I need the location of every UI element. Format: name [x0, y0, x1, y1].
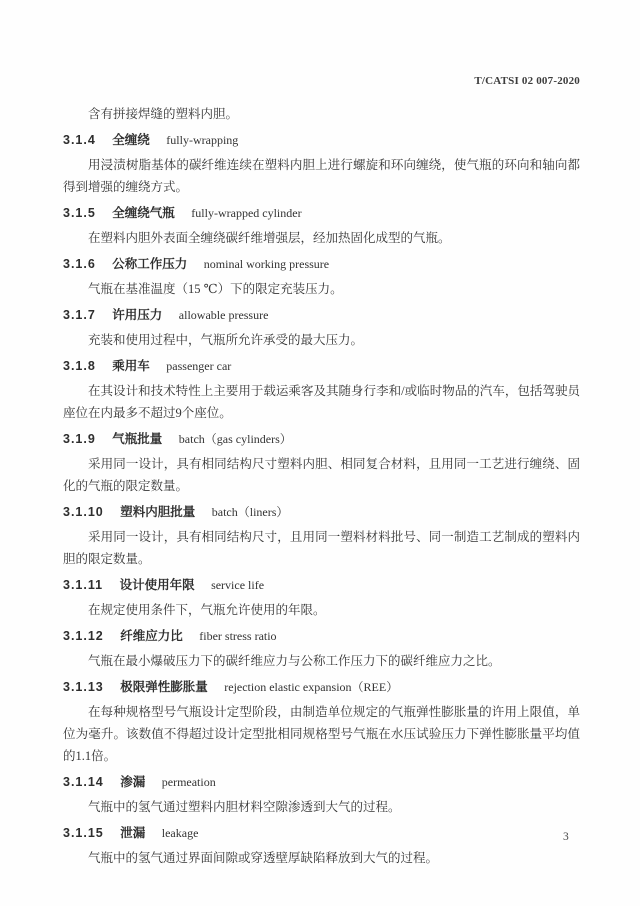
- term-heading: 3.1.5 全缠绕气瓶 fully-wrapped cylinder: [63, 202, 580, 224]
- term-3-1-7: 3.1.7 许用压力 allowable pressure 充装和使用过程中，气…: [63, 304, 580, 351]
- term-3-1-5: 3.1.5 全缠绕气瓶 fully-wrapped cylinder 在塑料内胆…: [63, 202, 580, 249]
- term-en: permeation: [162, 775, 216, 789]
- term-zh: 设计使用年限: [120, 578, 195, 592]
- term-heading: 3.1.6 公称工作压力 nominal working pressure: [63, 253, 580, 275]
- intro-continuation-paragraph: 含有拼接焊缝的塑料内胆。: [63, 103, 580, 125]
- term-en: nominal working pressure: [204, 257, 329, 271]
- term-definition: 在每种规格型号气瓶设计定型阶段，由制造单位规定的气瓶弹性膨胀量的许用上限值，单位…: [63, 701, 580, 767]
- term-number: 3.1.13: [63, 680, 104, 694]
- term-number: 3.1.11: [63, 578, 103, 592]
- term-3-1-6: 3.1.6 公称工作压力 nominal working pressure 气瓶…: [63, 253, 580, 300]
- page-number: 3: [563, 831, 569, 843]
- term-number: 3.1.14: [63, 775, 104, 789]
- document-page: T/CATSI 02 007-2020 含有拼接焊缝的塑料内胆。 3.1.4 全…: [0, 0, 640, 906]
- term-number: 3.1.6: [63, 257, 96, 271]
- term-3-1-14: 3.1.14 渗漏 permeation 气瓶中的氢气通过塑料内胆材料空隙渗透到…: [63, 771, 580, 818]
- term-definition: 充装和使用过程中，气瓶所允许承受的最大压力。: [63, 329, 580, 351]
- term-zh: 纤维应力比: [120, 629, 183, 643]
- term-definition: 用浸渍树脂基体的碳纤维连续在塑料内胆上进行螺旋和环向缠绕，使气瓶的环向和轴向都得…: [63, 154, 580, 198]
- term-heading: 3.1.7 许用压力 allowable pressure: [63, 304, 580, 326]
- term-definition: 气瓶中的氢气通过界面间隙或穿透壁厚缺陷释放到大气的过程。: [63, 847, 580, 869]
- term-zh: 极限弹性膨胀量: [120, 680, 208, 694]
- term-en: fully-wrapped cylinder: [191, 206, 301, 220]
- term-zh: 全缠绕气瓶: [112, 206, 175, 220]
- term-zh: 泄漏: [120, 826, 145, 840]
- term-3-1-4: 3.1.4 全缠绕 fully-wrapping 用浸渍树脂基体的碳纤维连续在塑…: [63, 129, 580, 198]
- term-zh: 乘用车: [112, 359, 150, 373]
- term-zh: 塑料内胆批量: [120, 505, 195, 519]
- term-heading: 3.1.15 泄漏 leakage: [63, 822, 580, 844]
- term-en: passenger car: [166, 359, 231, 373]
- document-reference: T/CATSI 02 007-2020: [63, 74, 580, 88]
- term-en: fully-wrapping: [166, 133, 238, 147]
- term-heading: 3.1.10 塑料内胆批量 batch（liners）: [63, 501, 580, 523]
- term-heading: 3.1.14 渗漏 permeation: [63, 771, 580, 793]
- term-heading: 3.1.9 气瓶批量 batch（gas cylinders）: [63, 428, 580, 450]
- term-3-1-13: 3.1.13 极限弹性膨胀量 rejection elastic expansi…: [63, 676, 580, 767]
- term-3-1-9: 3.1.9 气瓶批量 batch（gas cylinders） 采用同一设计，具…: [63, 428, 580, 497]
- term-en: batch（gas cylinders）: [179, 432, 292, 446]
- term-heading: 3.1.12 纤维应力比 fiber stress ratio: [63, 625, 580, 647]
- term-heading: 3.1.8 乘用车 passenger car: [63, 355, 580, 377]
- term-zh: 渗漏: [120, 775, 145, 789]
- term-definition: 气瓶在最小爆破压力下的碳纤维应力与公称工作压力下的碳纤维应力之比。: [63, 650, 580, 672]
- term-heading: 3.1.4 全缠绕 fully-wrapping: [63, 129, 580, 151]
- term-number: 3.1.7: [63, 308, 96, 322]
- term-zh: 许用压力: [112, 308, 162, 322]
- term-en: fiber stress ratio: [199, 629, 276, 643]
- term-number: 3.1.12: [63, 629, 104, 643]
- term-definition: 采用同一设计，具有相同结构尺寸，且用同一塑料材料批号、同一制造工艺制成的塑料内胆…: [63, 526, 580, 570]
- term-number: 3.1.5: [63, 206, 96, 220]
- term-en: allowable pressure: [179, 308, 269, 322]
- term-en: service life: [211, 578, 264, 592]
- term-3-1-8: 3.1.8 乘用车 passenger car 在其设计和技术特性上主要用于载运…: [63, 355, 580, 424]
- term-number: 3.1.15: [63, 826, 104, 840]
- term-3-1-12: 3.1.12 纤维应力比 fiber stress ratio 气瓶在最小爆破压…: [63, 625, 580, 672]
- term-en: leakage: [162, 826, 199, 840]
- term-number: 3.1.9: [63, 432, 96, 446]
- term-zh: 气瓶批量: [112, 432, 162, 446]
- term-definition: 气瓶中的氢气通过塑料内胆材料空隙渗透到大气的过程。: [63, 796, 580, 818]
- term-definition: 在规定使用条件下，气瓶允许使用的年限。: [63, 599, 580, 621]
- term-zh: 全缠绕: [112, 133, 150, 147]
- term-number: 3.1.10: [63, 505, 104, 519]
- term-3-1-10: 3.1.10 塑料内胆批量 batch（liners） 采用同一设计，具有相同结…: [63, 501, 580, 570]
- term-3-1-15: 3.1.15 泄漏 leakage 气瓶中的氢气通过界面间隙或穿透壁厚缺陷释放到…: [63, 822, 580, 869]
- term-number: 3.1.4: [63, 133, 96, 147]
- term-definition: 采用同一设计，具有相同结构尺寸塑料内胆、相同复合材料，且用同一工艺进行缠绕、固化…: [63, 453, 580, 497]
- term-definition: 在塑料内胆外表面全缠绕碳纤维增强层，经加热固化成型的气瓶。: [63, 227, 580, 249]
- term-3-1-11: 3.1.11 设计使用年限 service life 在规定使用条件下，气瓶允许…: [63, 574, 580, 621]
- term-heading: 3.1.13 极限弹性膨胀量 rejection elastic expansi…: [63, 676, 580, 698]
- term-heading: 3.1.11 设计使用年限 service life: [63, 574, 580, 596]
- term-en: rejection elastic expansion（REE）: [224, 680, 398, 694]
- term-number: 3.1.8: [63, 359, 96, 373]
- term-definition: 在其设计和技术特性上主要用于载运乘客及其随身行李和/或临时物品的汽车，包括驾驶员…: [63, 380, 580, 424]
- term-definition: 气瓶在基准温度（15 ℃）下的限定充装压力。: [63, 278, 580, 300]
- term-zh: 公称工作压力: [112, 257, 187, 271]
- term-en: batch（liners）: [212, 505, 289, 519]
